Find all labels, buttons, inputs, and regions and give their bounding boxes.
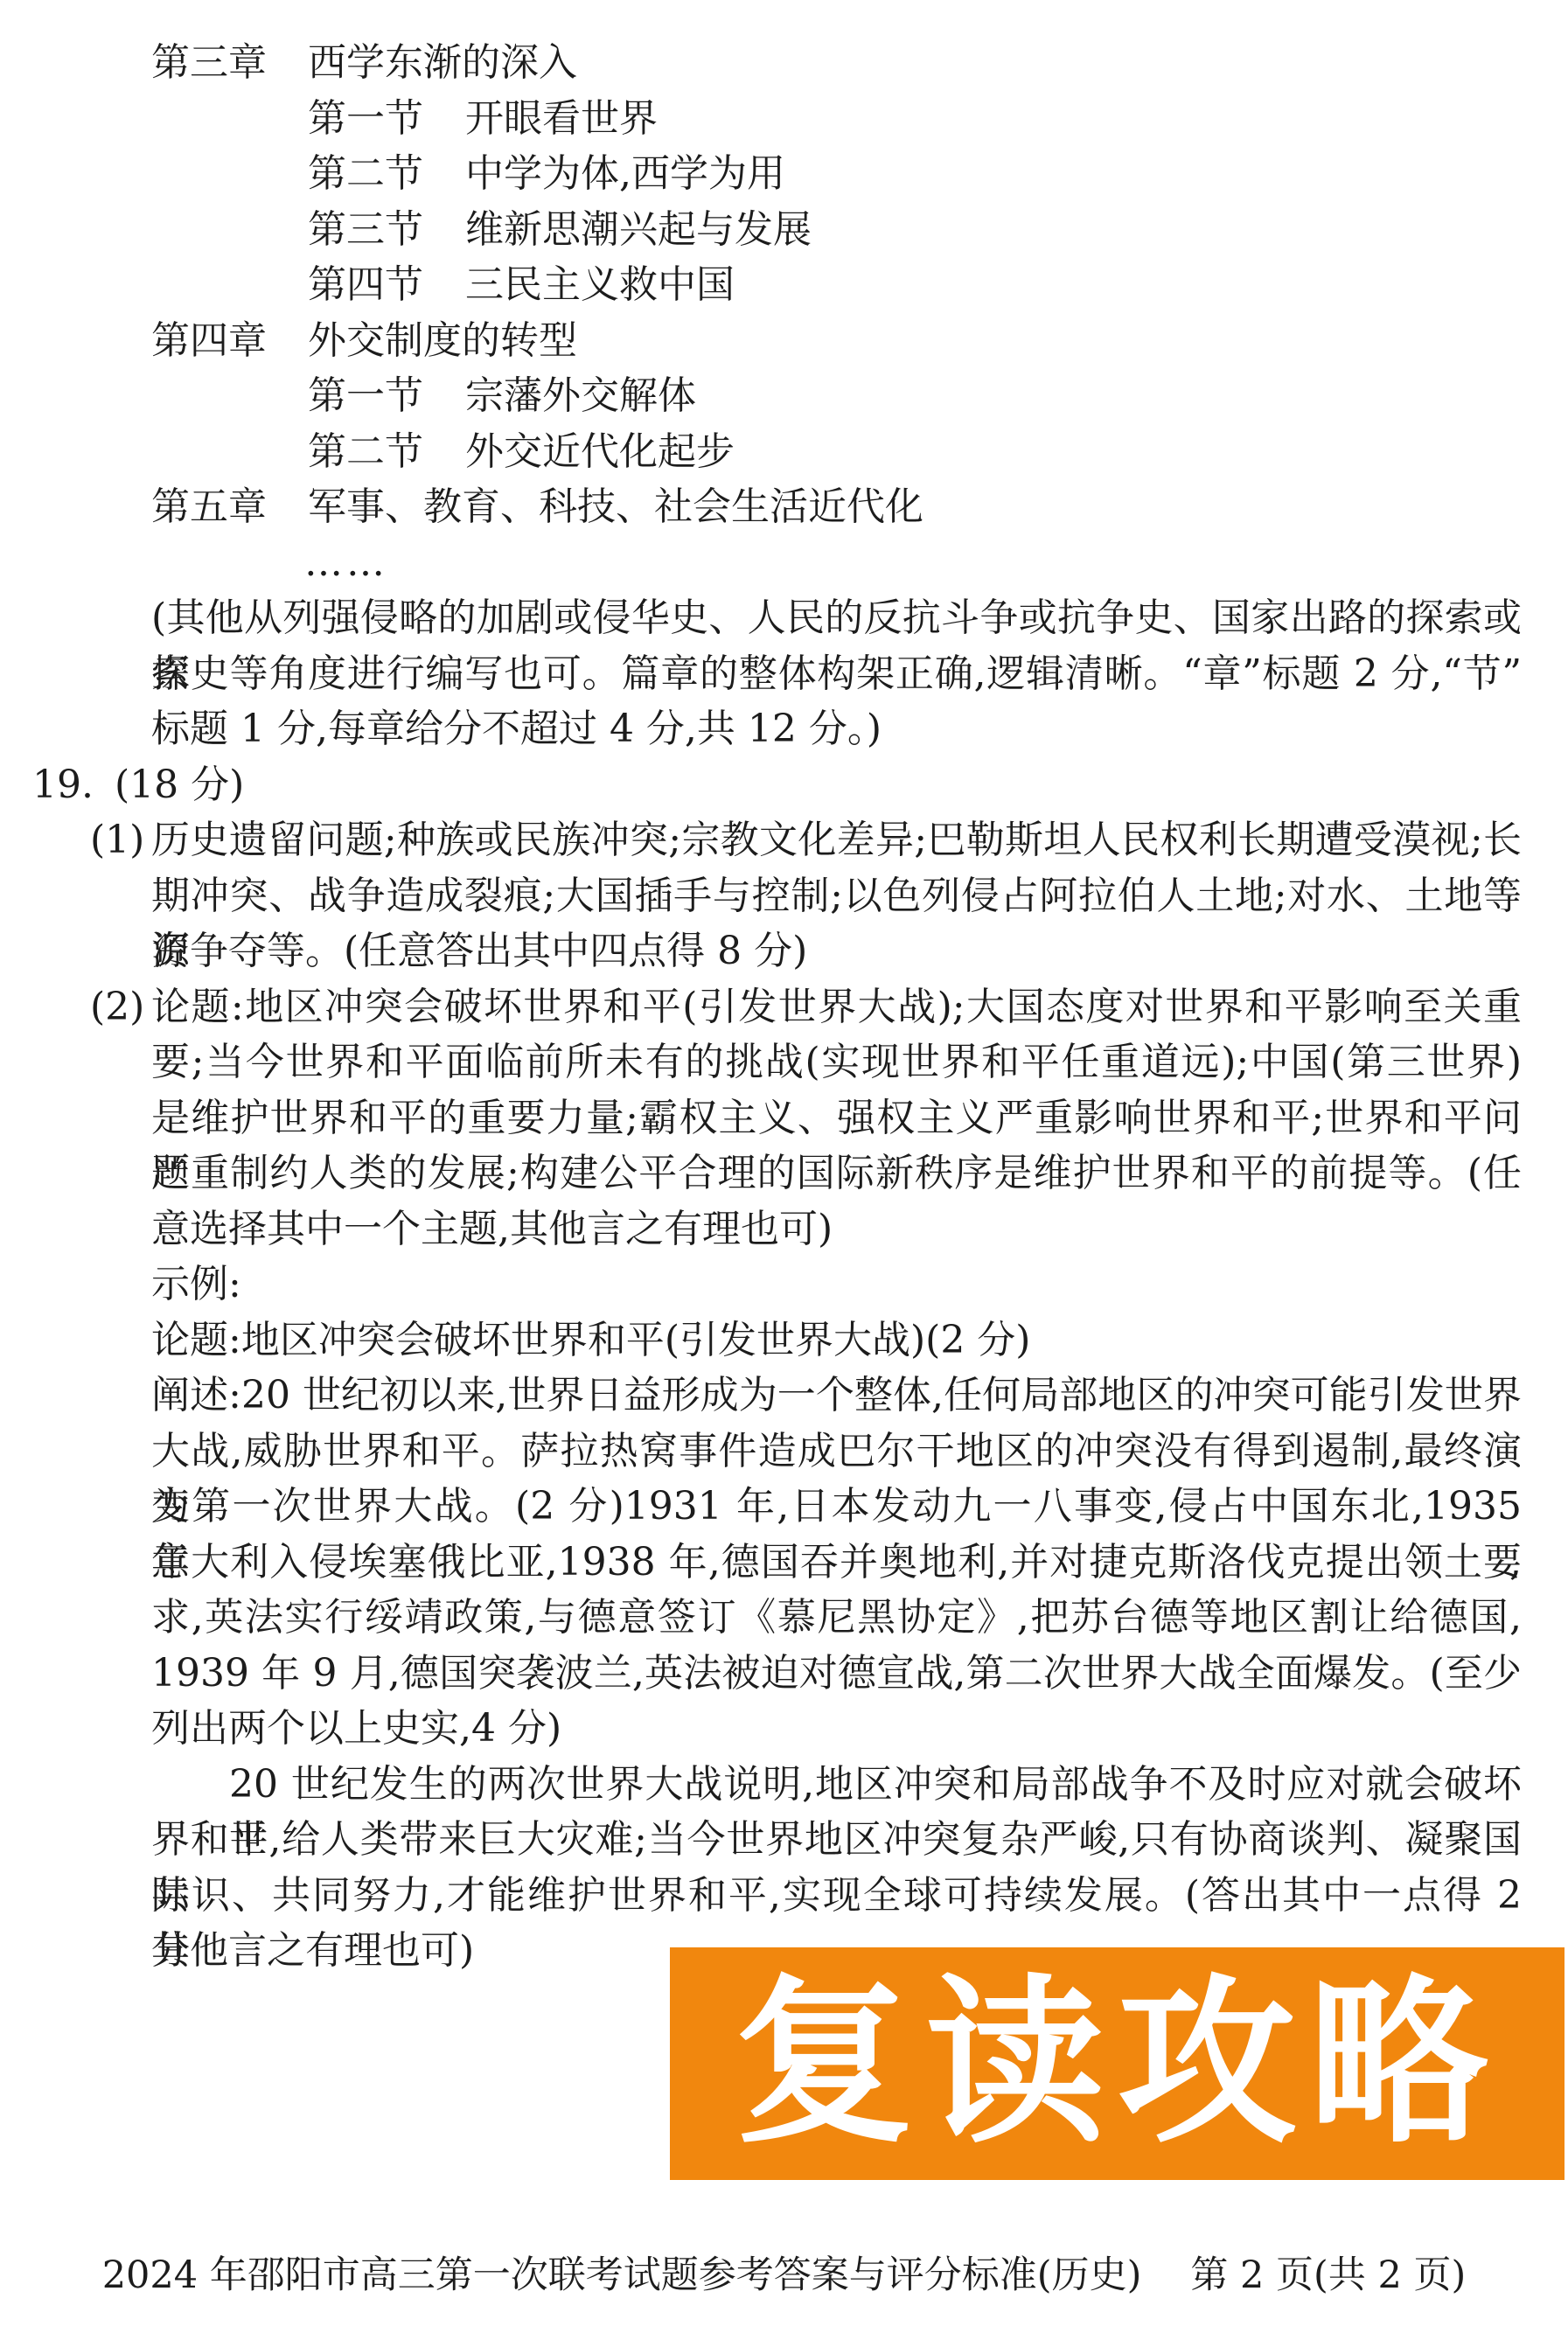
answer-line: (2)论题:地区冲突会破坏世界和平(引发世界大战);大国态度对世界和平影响至关重 [151, 979, 1522, 1035]
elaboration-line: 大战,威胁世界和平。萨拉热窝事件造成巴尔干地区的冲突没有得到遏制,最终演变 [151, 1424, 1522, 1480]
toc-chapter-label: 第三章 [151, 35, 308, 91]
toc-section-title: 外交近代化起步 [465, 424, 735, 480]
toc-row: 第二节 中学为体,西学为用 [308, 146, 1522, 202]
answer-line: 期冲突、战争造成裂痕;大国插手与控制;以色列侵占阿拉伯人土地;对水、土地等资 [151, 868, 1522, 924]
promo-banner-text: 复读攻略 [735, 1974, 1501, 2154]
part-marker: (1) [90, 812, 144, 868]
toc-row: 第四节 三民主义救中国 [308, 257, 1522, 313]
question-score: (18 分) [115, 763, 244, 807]
toc-section-title: 开眼看世界 [465, 91, 658, 147]
elaboration-line: 为第一次世界大战。(2 分)1931 年,日本发动九一八事变,侵占中国东北,19… [151, 1479, 1522, 1535]
toc-row: 第五章 军事、教育、科技、社会生活近代化 [151, 479, 1522, 535]
toc-row: 第一节 开眼看世界 [308, 91, 1522, 147]
grading-note-line: 索史等角度进行编写也可。篇章的整体构架正确,逻辑清晰。“章”标题 2 分,“节” [151, 646, 1522, 702]
elaboration-line: 列出两个以上史实,4 分) [151, 1701, 1522, 1757]
toc-section-label: 第四节 [308, 257, 465, 313]
toc-chapter-title: 西学东渐的深入 [308, 35, 577, 91]
toc-section-title: 三民主义救中国 [465, 257, 735, 313]
toc-section-label: 第一节 [308, 91, 465, 147]
toc-row: 第一节 宗藩外交解体 [308, 368, 1522, 424]
answer-line: 意选择其中一个主题,其他言之有理也可) [151, 1201, 1522, 1257]
answer-line: 要;当今世界和平面临前所未有的挑战(实现世界和平任重道远);中国(第三世界) [151, 1034, 1522, 1090]
page-footer: 2024 年邵阳市高三第一次联考试题参考答案与评分标准(历史)第 2 页(共 2… [0, 2249, 1568, 2302]
promo-banner: 复读攻略 [670, 1947, 1565, 2180]
question-heading: 19.(18 分) [32, 757, 1522, 813]
toc-row: 第三节 维新思潮兴起与发展 [308, 202, 1522, 258]
elaboration-line: 阐述:20 世纪初以来,世界日益形成为一个整体,任何局部地区的冲突可能引发世界 [151, 1368, 1522, 1424]
answer-line: 源争夺等。(任意答出其中四点得 8 分) [151, 923, 1522, 979]
footer-page-number: 第 2 页(共 2 页) [1190, 2253, 1466, 2297]
conclusion-line: 界和平,给人类带来巨大灾难;当今世界地区冲突复杂严峻,只有协商谈判、凝聚国际 [151, 1812, 1522, 1868]
toc-chapter-title: 外交制度的转型 [308, 313, 577, 369]
toc-section-label: 第二节 [308, 146, 465, 202]
toc-section-title: 中学为体,西学为用 [465, 146, 785, 202]
toc-chapter-label: 第四章 [151, 313, 308, 369]
question-number: 19. [32, 757, 94, 813]
example-label: 示例: [151, 1257, 1522, 1313]
toc-ellipsis: …… [304, 535, 1522, 591]
elaboration-line: 意大利入侵埃塞俄比亚,1938 年,德国吞并奥地利,并对捷克斯洛伐克提出领土要 [151, 1535, 1522, 1591]
toc-row: 第三章 西学东渐的深入 [151, 35, 1522, 91]
document-body: 第三章 西学东渐的深入 第一节 开眼看世界 第二节 中学为体,西学为用 第三节 … [151, 35, 1522, 1979]
part-marker: (2) [90, 979, 144, 1035]
elaboration-line: 1939 年 9 月,德国突袭波兰,英法被迫对德宣战,第二次世界大战全面爆发。(… [151, 1646, 1522, 1702]
grading-note-line: 标题 1 分,每章给分不超过 4 分,共 12 分。) [151, 701, 1522, 757]
answer-text: 论题:地区冲突会破坏世界和平(引发世界大战);大国态度对世界和平影响至关重 [151, 985, 1522, 1029]
conclusion-line: 20 世纪发生的两次世界大战说明,地区冲突和局部战争不及时应对就会破坏世 [151, 1757, 1522, 1813]
thesis-line: 论题:地区冲突会破坏世界和平(引发世界大战)(2 分) [151, 1313, 1522, 1369]
toc-section-title: 维新思潮兴起与发展 [465, 202, 812, 258]
toc-chapter-label: 第五章 [151, 479, 308, 535]
grading-note-line: (其他从列强侵略的加剧或侵华史、人民的反抗斗争或抗争史、国家出路的探索或探 [151, 590, 1522, 646]
toc-section-label: 第一节 [308, 368, 465, 424]
toc-row: 第二节 外交近代化起步 [308, 424, 1522, 480]
answer-text: 历史遗留问题;种族或民族冲突;宗教文化差异;巴勒斯坦人民权利长期遭受漠视;长 [151, 818, 1522, 862]
elaboration-line: 求,英法实行绥靖政策,与德意签订《慕尼黑协定》,把苏台德等地区割让给德国, [151, 1590, 1522, 1646]
document-page: 第三章 西学东渐的深入 第一节 开眼看世界 第二节 中学为体,西学为用 第三节 … [0, 0, 1568, 2347]
answer-line: 是维护世界和平的重要力量;霸权主义、强权主义严重影响世界和平;世界和平问题 [151, 1090, 1522, 1146]
toc-section-label: 第二节 [308, 424, 465, 480]
toc-section-label: 第三节 [308, 202, 465, 258]
toc-chapter-title: 军事、教育、科技、社会生活近代化 [308, 479, 923, 535]
toc-row: 第四章 外交制度的转型 [151, 313, 1522, 369]
conclusion-line: 共识、共同努力,才能维护世界和平,实现全球可持续发展。(答出其中一点得 2 分, [151, 1868, 1522, 1924]
footer-title: 2024 年邵阳市高三第一次联考试题参考答案与评分标准(历史) [102, 2253, 1142, 2297]
answer-line: 严重制约人类的发展;构建公平合理的国际新秩序是维护世界和平的前提等。(任 [151, 1146, 1522, 1201]
toc-section-title: 宗藩外交解体 [465, 368, 696, 424]
answer-line: (1)历史遗留问题;种族或民族冲突;宗教文化差异;巴勒斯坦人民权利长期遭受漠视;… [151, 812, 1522, 868]
